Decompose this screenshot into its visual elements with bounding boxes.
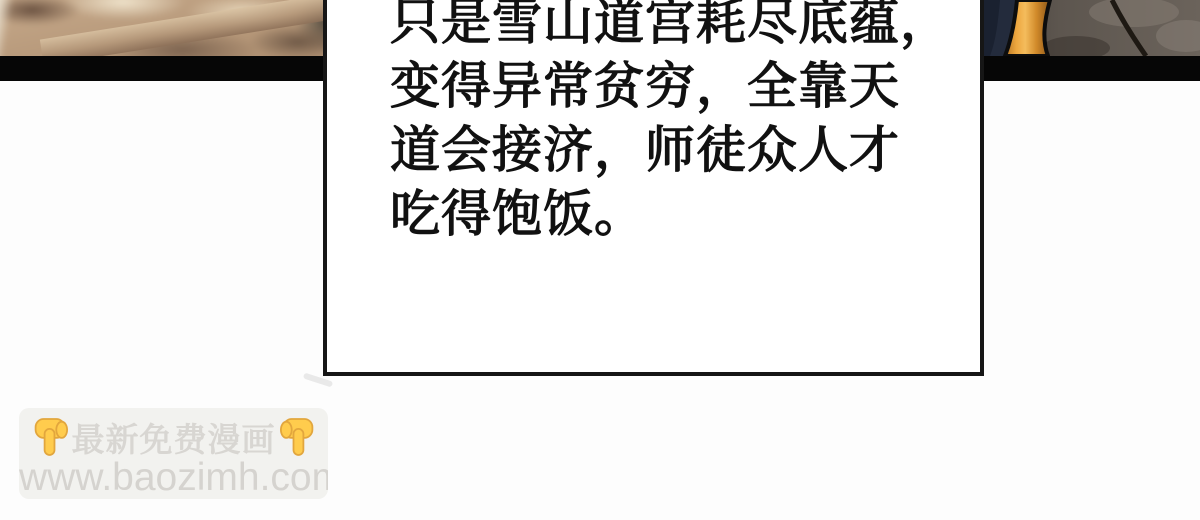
watermark-promo-row: 最新免费漫画 xyxy=(19,415,328,459)
speech-text-line: 吃得饱饭。 xyxy=(390,182,980,246)
top-panel-left-image xyxy=(0,0,323,56)
speech-bubble: 只是雪山道宫耗尽底蕴， 变得异常贫穷，全靠天 道会接济，师徒众人才 吃得饱饭。 xyxy=(323,0,984,376)
pointing-down-hand-icon xyxy=(32,416,68,458)
speech-text-line: 只是雪山道宫耗尽底蕴， xyxy=(390,0,980,54)
watermark-promo-text: 最新免费漫画 xyxy=(72,414,276,461)
watermark-box: 最新免费漫画 www.baozimh.com xyxy=(19,408,328,499)
watermark-site-url: www.baozimh.com xyxy=(19,456,328,499)
speech-text-line: 变得异常贫穷，全靠天 xyxy=(390,54,980,118)
top-panel-right-image xyxy=(984,0,1200,56)
rock-and-sleeve-art xyxy=(984,0,1200,56)
speech-text-line: 道会接济，师徒众人才 xyxy=(390,118,980,182)
pointing-down-hand-icon xyxy=(280,416,316,458)
comic-page: 只是雪山道宫耗尽底蕴， 变得异常贫穷，全靠天 道会接济，师徒众人才 吃得饱饭。 … xyxy=(0,0,1200,520)
speech-text: 只是雪山道宫耗尽底蕴， 变得异常贫穷，全靠天 道会接济，师徒众人才 吃得饱饭。 xyxy=(390,0,980,246)
